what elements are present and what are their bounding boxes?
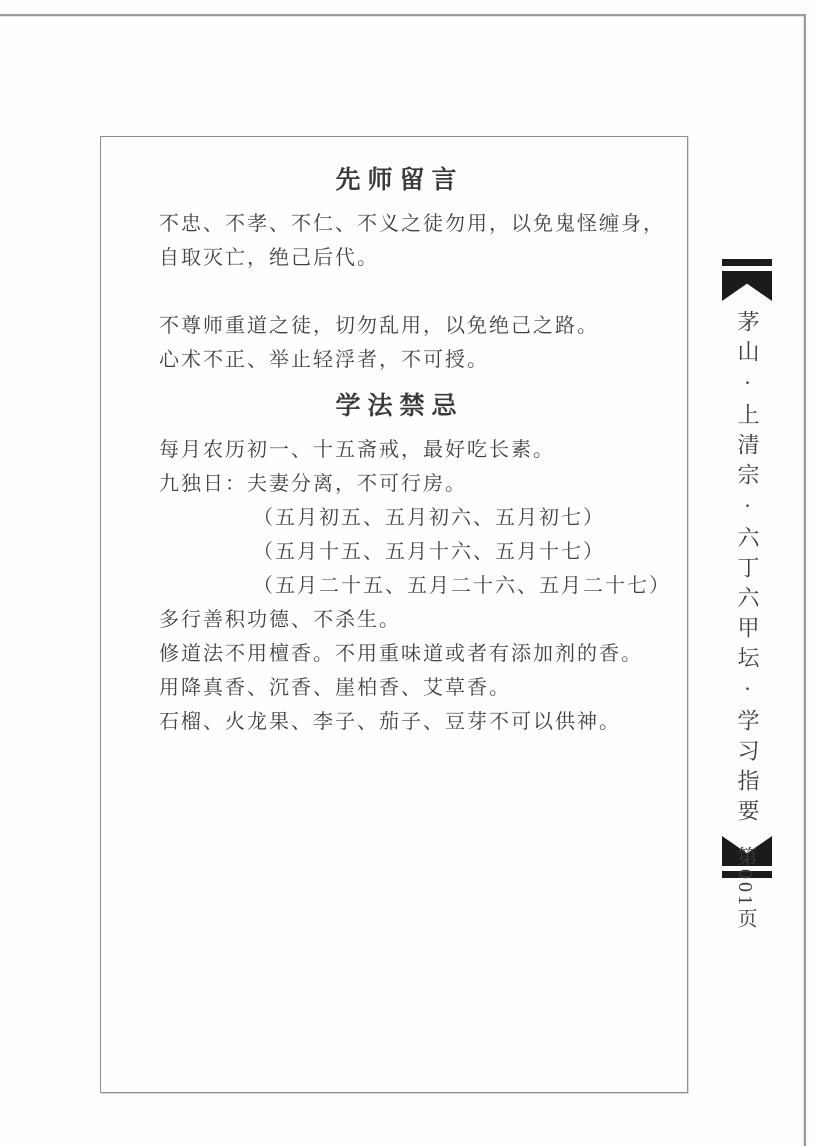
spine-title: 茅山·上清宗·六丁六甲坛·学习指要 (736, 310, 758, 829)
rule-line: 修道法不用檀香。不用重味道或者有添加剂的香。 (159, 637, 647, 671)
rule-line: 多行善积功德、不杀生。 (159, 603, 647, 637)
body-line: 自取灭亡，绝己后代。 (159, 241, 647, 275)
page-number: 第001页 (733, 846, 757, 931)
content-box: 先师留言 不忠、不孝、不仁、不义之徒勿用，以免鬼怪缠身， 自取灭亡，绝己后代。 … (100, 136, 688, 1093)
body-line: 心术不正、举止轻浮者，不可授。 (159, 343, 647, 377)
blank-line (159, 275, 647, 309)
rule-line: （五月二十五、五月二十六、五月二十七） (159, 569, 647, 603)
rule-line: （五月十五、五月十六、五月十七） (159, 535, 647, 569)
rule-line: （五月初五、五月初六、五月初七） (159, 501, 647, 535)
rule-line: 每月农历初一、十五斋戒，最好吃长素。 (159, 433, 647, 467)
spine-column: 茅山·上清宗·六丁六甲坛·学习指要 (721, 259, 773, 878)
rule-line: 用降真香、沉香、崖柏香、艾草香。 (159, 671, 647, 705)
body-line: 不忠、不孝、不仁、不义之徒勿用，以免鬼怪缠身， (159, 207, 647, 241)
bookmark-flag-icon (722, 271, 772, 301)
bookmark-top-icon (722, 259, 772, 301)
rule-line: 九独日：夫妻分离，不可行房。 (159, 467, 647, 501)
bookmark-bar-icon (722, 259, 772, 266)
body-line: 不尊师重道之徒，切勿乱用，以免绝己之路。 (159, 309, 647, 343)
section-title-study-taboos: 学法禁忌 (159, 389, 647, 433)
rule-line: 石榴、火龙果、李子、茄子、豆芽不可以供神。 (159, 705, 647, 739)
section-title-master-message: 先师留言 (159, 163, 647, 207)
